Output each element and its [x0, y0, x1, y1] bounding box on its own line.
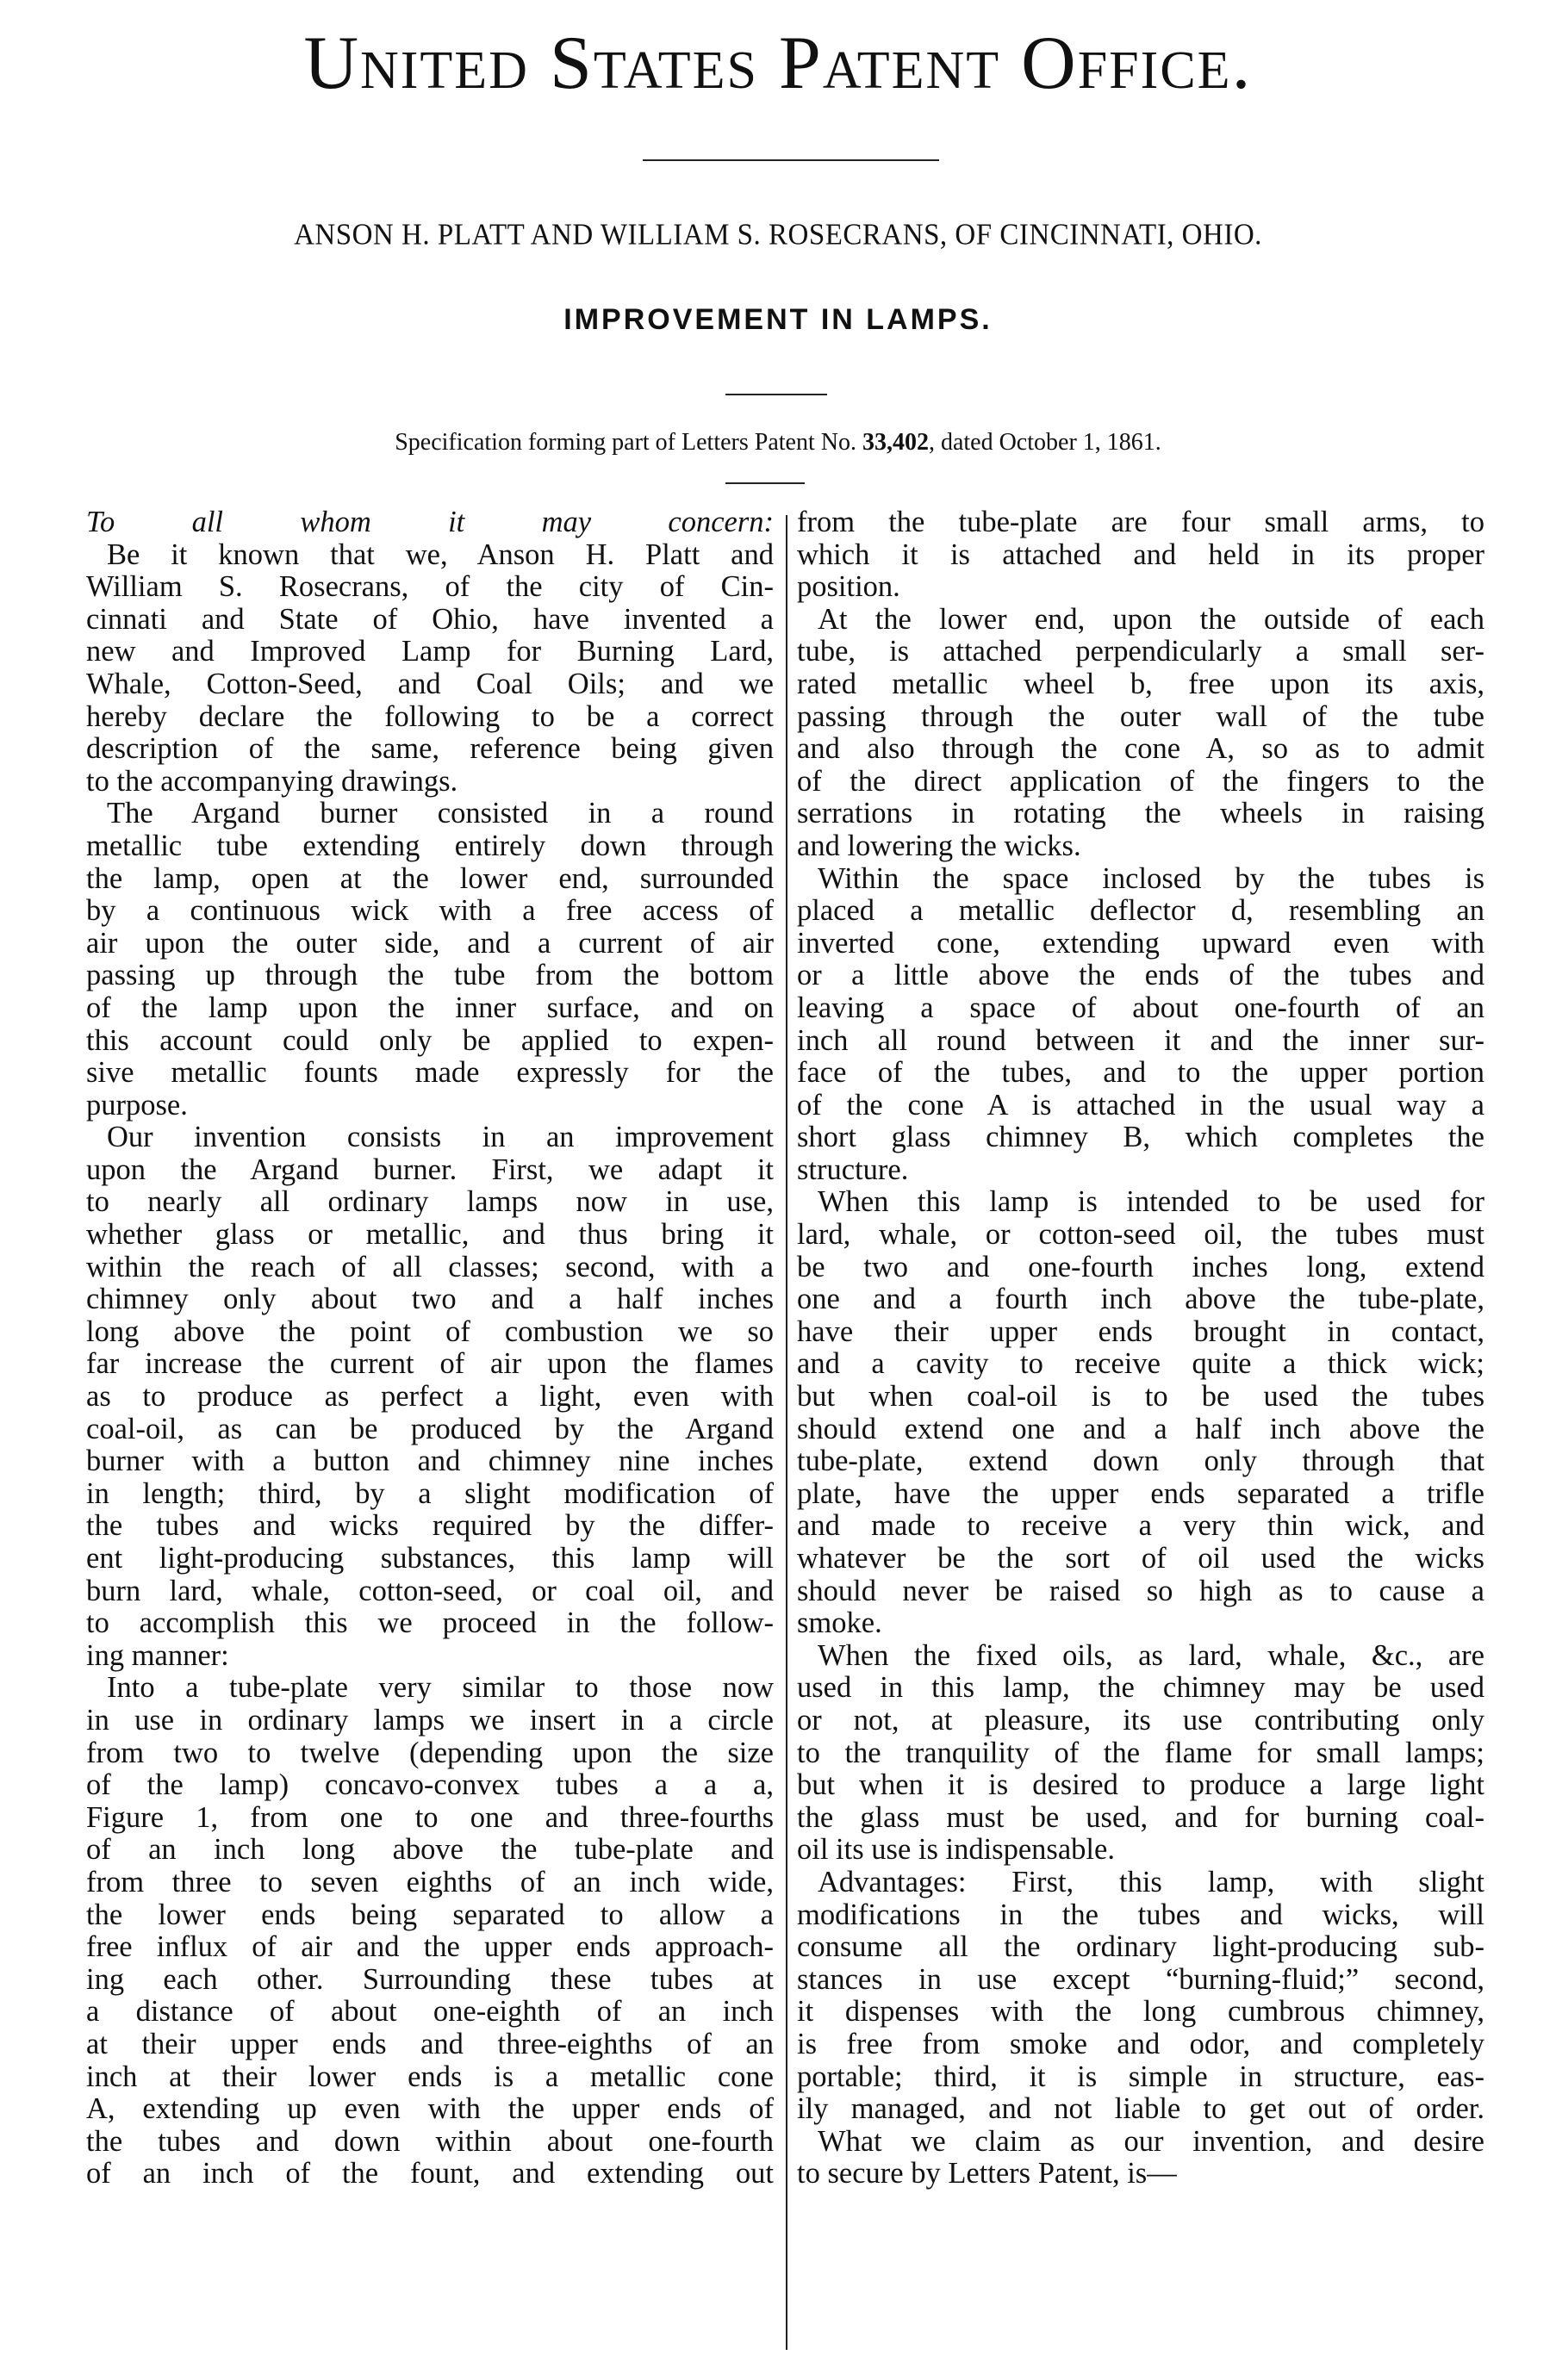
text-line: chimney only about two and a half inches: [86, 1283, 774, 1316]
text-line: to accomplish this we proceed in the fol…: [86, 1607, 774, 1640]
spec-divider: [725, 482, 805, 484]
text-line: a distance of about one-eighth of an inc…: [86, 1996, 774, 2029]
text-line: ent light-producing substances, this lam…: [86, 1543, 774, 1575]
text-line: to the accompanying drawings.: [86, 766, 774, 799]
text-line: lard, whale, or cotton-seed oil, the tub…: [797, 1219, 1484, 1252]
text-line: of the lamp) concavo-convex tubes a a a,: [86, 1769, 774, 1802]
text-line: of an inch long above the tube-plate and: [86, 1834, 774, 1867]
text-line: long above the point of combustion we so: [86, 1316, 774, 1349]
text-line: Within the space inclosed by the tubes i…: [797, 863, 1484, 896]
text-line: At the lower end, upon the outside of ea…: [797, 604, 1484, 637]
text-line: of the lamp upon the inner surface, and …: [86, 992, 774, 1025]
text-line: purpose.: [86, 1090, 774, 1122]
patent-subject-title: IMPROVEMENT IN LAMPS.: [0, 303, 1556, 337]
text-line: the lamp, open at the lower end, surroun…: [86, 863, 774, 896]
spec-prefix: Specification forming part of Letters Pa…: [395, 429, 856, 456]
text-line: from the tube-plate are four small arms,…: [797, 506, 1484, 539]
text-line: free influx of air and the upper ends ap…: [86, 1931, 774, 1964]
text-line: far increase the current of air upon the…: [86, 1348, 774, 1381]
column-divider: [786, 515, 787, 2350]
text-line: ily managed, and not liable to get out o…: [797, 2093, 1484, 2126]
text-line: stances in use except “burning-fluid;” s…: [797, 1964, 1484, 1997]
text-line: When this lamp is intended to be used fo…: [797, 1186, 1484, 1219]
text-line: but when it is desired to produce a larg…: [797, 1769, 1484, 1802]
text-line: ing manner:: [86, 1640, 774, 1673]
text-line: the lower ends being separated to allow …: [86, 1899, 774, 1932]
text-line: this account could only be applied to ex…: [86, 1025, 774, 1058]
text-line: and lowering the wicks.: [797, 830, 1484, 863]
text-line: cinnati and State of Ohio, have invented…: [86, 604, 774, 637]
subject-divider: [725, 394, 827, 395]
text-line: passing up through the tube from the bot…: [86, 960, 774, 992]
text-line: of the cone A is attached in the usual w…: [797, 1090, 1484, 1122]
right-text-column: from the tube-plate are four small arms,…: [797, 506, 1484, 2190]
text-line: in length; third, by a slight modificati…: [86, 1478, 774, 1511]
text-line: hereby declare the following to be a cor…: [86, 701, 774, 734]
text-line: one and a fourth inch above the tube-pla…: [797, 1283, 1484, 1316]
text-line: inverted cone, extending upward even wit…: [797, 928, 1484, 960]
text-line: description of the same, reference being…: [86, 733, 774, 766]
text-line: to the tranquility of the flame for smal…: [797, 1737, 1484, 1770]
text-line: at their upper ends and three-eighths of…: [86, 2029, 774, 2061]
text-line: What we claim as our invention, and desi…: [797, 2126, 1484, 2159]
text-line: the glass must be used, and for burning …: [797, 1802, 1484, 1835]
text-line: A, extending up even with the upper ends…: [86, 2093, 774, 2126]
text-line: position.: [797, 571, 1484, 604]
text-line: passing through the outer wall of the tu…: [797, 701, 1484, 734]
text-line: to nearly all ordinary lamps now in use,: [86, 1186, 774, 1219]
text-line: portable; third, it is simple in structu…: [797, 2061, 1484, 2094]
text-line: or not, at pleasure, its use contributin…: [797, 1705, 1484, 1737]
text-line: burner with a button and chimney nine in…: [86, 1445, 774, 1478]
text-line: leaving a space of about one-fourth of a…: [797, 992, 1484, 1025]
text-line: should never be raised so high as to cau…: [797, 1575, 1484, 1608]
text-line: within the reach of all classes; second,…: [86, 1252, 774, 1284]
text-line: which it is attached and held in its pro…: [797, 539, 1484, 572]
text-line: smoke.: [797, 1607, 1484, 1640]
text-line: Whale, Cotton-Seed, and Coal Oils; and w…: [86, 668, 774, 701]
text-line: tube, is attached perpendicularly a smal…: [797, 636, 1484, 668]
text-line: be two and one-fourth inches long, exten…: [797, 1252, 1484, 1284]
spec-suffix: , dated October 1, 1861.: [929, 429, 1161, 456]
text-line: or a little above the ends of the tubes …: [797, 960, 1484, 992]
text-line: by a continuous wick with a free access …: [86, 895, 774, 928]
text-line: in use in ordinary lamps we insert in a …: [86, 1705, 774, 1737]
text-line: Advantages: First, this lamp, with sligh…: [797, 1867, 1484, 1899]
text-line: the tubes and wicks required by the diff…: [86, 1510, 774, 1543]
text-line: have their upper ends brought in contact…: [797, 1316, 1484, 1349]
text-line: whether glass or metallic, and thus brin…: [86, 1219, 774, 1252]
text-line: oil its use is indispensable.: [797, 1834, 1484, 1867]
text-line: sive metallic founts made expressly for …: [86, 1057, 774, 1090]
text-line: and also through the cone A, so as to ad…: [797, 733, 1484, 766]
text-line: inch all round between it and the inner …: [797, 1025, 1484, 1058]
text-line: Our invention consists in an improvement: [86, 1122, 774, 1154]
text-line: Figure 1, from one to one and three-four…: [86, 1802, 774, 1835]
text-line: face of the tubes, and to the upper port…: [797, 1057, 1484, 1090]
text-line: used in this lamp, the chimney may be us…: [797, 1672, 1484, 1705]
text-line: inch at their lower ends is a metallic c…: [86, 2061, 774, 2094]
text-line: but when coal-oil is to be used the tube…: [797, 1381, 1484, 1414]
title-divider: [643, 159, 939, 161]
inventors-line: ANSON H. PLATT AND WILLIAM S. ROSECRANS,…: [0, 219, 1556, 252]
text-line: new and Improved Lamp for Burning Lard,: [86, 636, 774, 668]
text-line: plate, have the upper ends separated a t…: [797, 1478, 1484, 1511]
text-line: To all whom it may concern:: [86, 506, 774, 539]
text-line: tube-plate, extend down only through tha…: [797, 1445, 1484, 1478]
text-line: as to produce as perfect a light, even w…: [86, 1381, 774, 1414]
text-line: to secure by Letters Patent, is—: [797, 2158, 1484, 2190]
specification-line: Specification forming part of Letters Pa…: [0, 429, 1556, 457]
text-line: burn lard, whale, cotton-seed, or coal o…: [86, 1575, 774, 1608]
text-line: ing each other. Surrounding these tubes …: [86, 1964, 774, 1997]
text-line: consume all the ordinary light-producing…: [797, 1931, 1484, 1964]
text-line: When the fixed oils, as lard, whale, &c.…: [797, 1640, 1484, 1673]
text-line: of the direct application of the fingers…: [797, 766, 1484, 799]
text-line: from two to twelve (depending upon the s…: [86, 1737, 774, 1770]
text-line: serrations in rotating the wheels in rai…: [797, 798, 1484, 830]
text-line: upon the Argand burner. First, we adapt …: [86, 1154, 774, 1187]
text-line: structure.: [797, 1154, 1484, 1187]
text-line: it dispenses with the long cumbrous chim…: [797, 1996, 1484, 2029]
office-title: United States Patent Office.: [0, 26, 1556, 102]
text-line: short glass chimney B, which completes t…: [797, 1122, 1484, 1154]
text-line: placed a metallic deflector d, resemblin…: [797, 895, 1484, 928]
text-line: The Argand burner consisted in a round: [86, 798, 774, 830]
left-text-column: To all whom it may concern:Be it known t…: [86, 506, 774, 2190]
text-line: Into a tube-plate very similar to those …: [86, 1672, 774, 1705]
text-line: of an inch of the fount, and extending o…: [86, 2158, 774, 2190]
text-line: the tubes and down within about one-four…: [86, 2126, 774, 2159]
text-line: and a cavity to receive quite a thick wi…: [797, 1348, 1484, 1381]
text-line: Be it known that we, Anson H. Platt and: [86, 539, 774, 572]
text-line: coal-oil, as can be produced by the Arga…: [86, 1414, 774, 1446]
text-line: should extend one and a half inch above …: [797, 1414, 1484, 1446]
text-line: metallic tube extending entirely down th…: [86, 830, 774, 863]
text-line: William S. Rosecrans, of the city of Cin…: [86, 571, 774, 604]
text-line: from three to seven eighths of an inch w…: [86, 1867, 774, 1899]
text-line: and made to receive a very thin wick, an…: [797, 1510, 1484, 1543]
text-line: whatever be the sort of oil used the wic…: [797, 1543, 1484, 1575]
text-line: rated metallic wheel b, free upon its ax…: [797, 668, 1484, 701]
text-line: air upon the outer side, and a current o…: [86, 928, 774, 960]
text-line: modifications in the tubes and wicks, wi…: [797, 1899, 1484, 1932]
text-line: is free from smoke and odor, and complet…: [797, 2029, 1484, 2061]
patent-number: 33,402: [862, 429, 929, 456]
